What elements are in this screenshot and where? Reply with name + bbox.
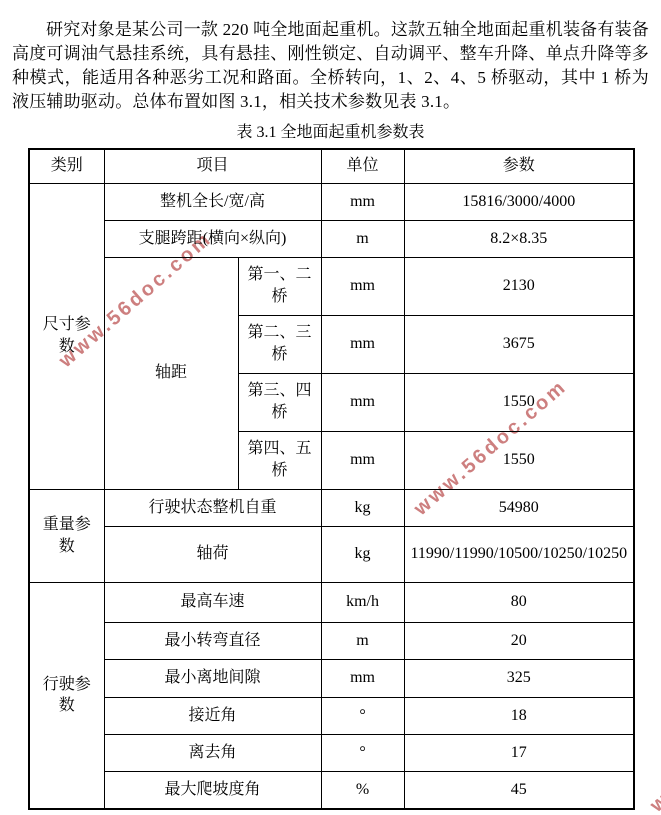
table-row: 最小转弯直径 m 20 (29, 622, 634, 659)
cell-wheelbase-label: 轴距 (104, 257, 238, 489)
table-row: 最小离地间隙 mm 325 (29, 659, 634, 697)
cell-item: 行驶状态整机自重 (104, 489, 321, 526)
cell-value: 8.2×8.35 (404, 220, 634, 257)
table-row: 接近角 ° 18 (29, 697, 634, 734)
cell-item: 离去角 (104, 734, 321, 771)
cell-unit: mm (321, 431, 404, 489)
col-header-category: 类别 (29, 149, 104, 183)
cell-value: 45 (404, 771, 634, 809)
cell-unit: % (321, 771, 404, 809)
cell-item: 最小离地间隙 (104, 659, 321, 697)
cell-item: 第三、四桥 (238, 373, 321, 431)
parameter-table: 类别 项目 单位 参数 尺寸参数 整机全长/宽/高 mm 15816/3000/… (28, 148, 635, 810)
cell-item: 整机全长/宽/高 (104, 183, 321, 220)
cell-item: 接近角 (104, 697, 321, 734)
cell-unit: mm (321, 257, 404, 315)
cell-item: 支腿跨距(横向×纵向) (104, 220, 321, 257)
table-row: 行驶参数 最高车速 km/h 80 (29, 582, 634, 622)
cell-unit: mm (321, 315, 404, 373)
cell-unit: mm (321, 373, 404, 431)
table-caption: 表 3.1 全地面起重机参数表 (0, 119, 661, 142)
cell-unit: m (321, 220, 404, 257)
cell-value: 325 (404, 659, 634, 697)
cell-unit: km/h (321, 582, 404, 622)
col-header-value: 参数 (404, 149, 634, 183)
cell-value: 18 (404, 697, 634, 734)
cell-unit: ° (321, 697, 404, 734)
cell-item: 最大爬坡度角 (104, 771, 321, 809)
table-row: 轴荷 kg 11990/11990/10500/10250/10250 (29, 526, 634, 582)
intro-paragraph: 研究对象是某公司一款 220 吨全地面起重机。这款五轴全地面起重机装备有装备高度… (12, 18, 649, 114)
cell-value: 3675 (404, 315, 634, 373)
cell-unit: mm (321, 183, 404, 220)
cell-value: 15816/3000/4000 (404, 183, 634, 220)
cell-value: 2130 (404, 257, 634, 315)
cell-item: 最高车速 (104, 582, 321, 622)
cell-value: 11990/11990/10500/10250/10250 (404, 526, 634, 582)
table-row: 最大爬坡度角 % 45 (29, 771, 634, 809)
document-page: 研究对象是某公司一款 220 吨全地面起重机。这款五轴全地面起重机装备有装备高度… (0, 0, 661, 810)
cell-value: 80 (404, 582, 634, 622)
cell-category-weight: 重量参数 (29, 489, 104, 582)
table-row: 重量参数 行驶状态整机自重 kg 54980 (29, 489, 634, 526)
cell-unit: kg (321, 489, 404, 526)
cell-unit: kg (321, 526, 404, 582)
cell-unit: ° (321, 734, 404, 771)
cell-item: 轴荷 (104, 526, 321, 582)
cell-item: 第二、三桥 (238, 315, 321, 373)
cell-value: 17 (404, 734, 634, 771)
cell-item: 第一、二桥 (238, 257, 321, 315)
table-row: 尺寸参数 整机全长/宽/高 mm 15816/3000/4000 (29, 183, 634, 220)
col-header-unit: 单位 (321, 149, 404, 183)
cell-item: 最小转弯直径 (104, 622, 321, 659)
table-row: 轴距 第一、二桥 mm 2130 (29, 257, 634, 315)
col-header-item: 项目 (104, 149, 321, 183)
cell-category-size: 尺寸参数 (29, 183, 104, 489)
table-row: 离去角 ° 17 (29, 734, 634, 771)
cell-unit: mm (321, 659, 404, 697)
cell-value: 54980 (404, 489, 634, 526)
cell-category-driving: 行驶参数 (29, 582, 104, 809)
cell-value: 20 (404, 622, 634, 659)
cell-unit: m (321, 622, 404, 659)
table-header-row: 类别 项目 单位 参数 (29, 149, 634, 183)
table-row: 支腿跨距(横向×纵向) m 8.2×8.35 (29, 220, 634, 257)
cell-value: 1550 (404, 431, 634, 489)
cell-item: 第四、五桥 (238, 431, 321, 489)
cell-value: 1550 (404, 373, 634, 431)
